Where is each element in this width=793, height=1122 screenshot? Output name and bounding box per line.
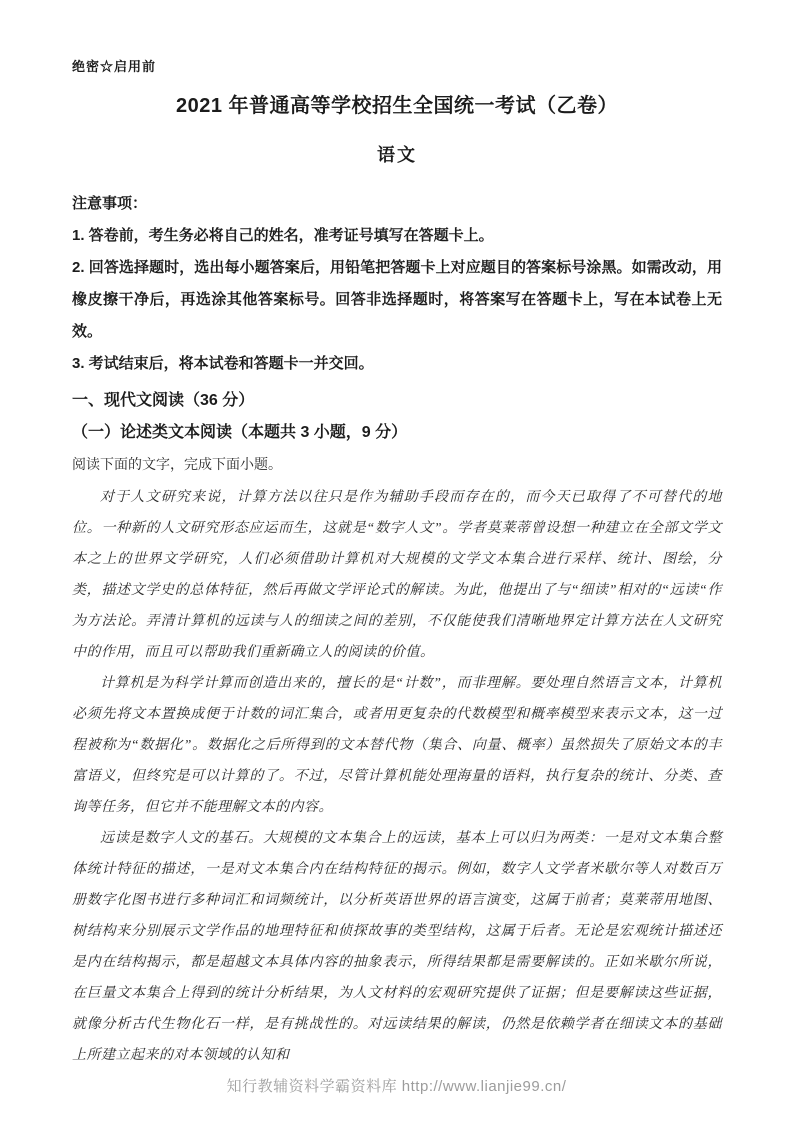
reading-instruction: 阅读下面的文字，完成下面小题。	[72, 452, 722, 480]
notice-section: 注意事项： 1. 答卷前，考生务必将自己的姓名，准考证号填写在答题卡上。 2. …	[72, 188, 722, 380]
notice-item-1: 1. 答卷前，考生务必将自己的姓名，准考证号填写在答题卡上。	[72, 220, 722, 252]
classification-banner: 绝密☆启用前	[72, 58, 722, 76]
watermark-footer: 知行教辅资料学霸资料库 http://www.lianjie99.cn/	[0, 1075, 793, 1096]
passage-paragraph-1: 对于人文研究来说，计算方法以往只是作为辅助手段而存在的，而今天已取得了不可替代的…	[72, 482, 722, 668]
reading-passage: 对于人文研究来说，计算方法以往只是作为辅助手段而存在的，而今天已取得了不可替代的…	[72, 482, 722, 1071]
notice-item-2: 2. 回答选择题时，选出每小题答案后，用铅笔把答题卡上对应题目的答案标号涂黑。如…	[72, 252, 722, 348]
notice-heading: 注意事项：	[72, 188, 722, 220]
exam-title: 2021 年普通高等学校招生全国统一考试（乙卷）	[72, 92, 722, 120]
notice-item-3: 3. 考试结束后，将本试卷和答题卡一并交回。	[72, 348, 722, 380]
passage-paragraph-2: 计算机是为科学计算而创造出来的，擅长的是“计数”，而非理解。要处理自然语言文本，…	[72, 668, 722, 823]
subsection-heading-discursive-text: （一）论述类文本阅读（本题共 3 小题，9 分）	[72, 418, 722, 448]
exam-paper-page: 绝密☆启用前 2021 年普通高等学校招生全国统一考试（乙卷） 语文 注意事项：…	[0, 0, 793, 1122]
section-heading-modern-reading: 一、现代文阅读（36 分）	[72, 386, 722, 416]
passage-paragraph-3: 远读是数字人文的基石。大规模的文本集合上的远读，基本上可以归为两类：一是对文本集…	[72, 823, 722, 1071]
subject-title: 语文	[72, 142, 722, 168]
